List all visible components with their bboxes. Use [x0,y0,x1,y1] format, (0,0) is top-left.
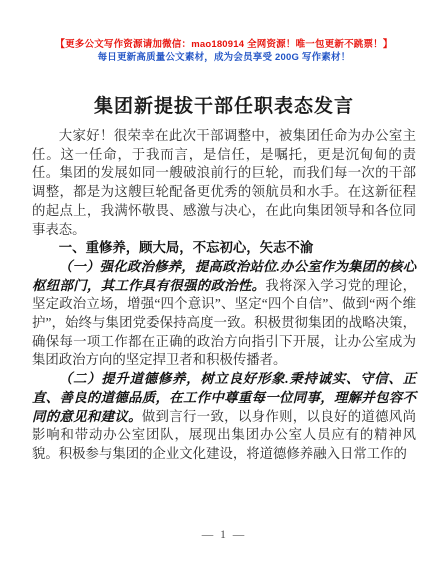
paragraph-sub-2: （二）提升道德修养，树立良好形象.秉持诚实、守信、正直、善良的道德品质，在工作中… [32,370,416,464]
paragraph-intro: 大家好！很荣幸在此次干部调整中，被集团任命为办公室主任。这一任命，于我而言，是信… [32,127,416,239]
promo-banner-line2: 每日更新高质量公文素材，成为会员享受 200G 写作素材！ [0,51,448,64]
document-page: 【更多公文写作资源请加微信：mao180914 全网资源！唯一包更新不跳票！】 … [0,0,448,580]
document-body: 大家好！很荣幸在此次干部调整中，被集团任命为办公室主任。这一任命，于我而言，是信… [32,127,416,464]
paragraph-sub-1: （一）强化政治修养，提高政治站位.办公室作为集团的核心枢纽部门，其工作具有很强的… [32,258,416,370]
promo-banner: 【更多公文写作资源请加微信：mao180914 全网资源！唯一包更新不跳票！】 … [0,0,448,64]
document-title: 集团新提拔干部任职表态发言 [0,91,448,118]
promo-banner-line1: 【更多公文写作资源请加微信：mao180914 全网资源！唯一包更新不跳票！】 [0,38,448,51]
section-heading-1: 一、重修养，顾大局，不忘初心，矢志不渝 [32,239,416,258]
page-number: — 1 — [0,529,448,541]
